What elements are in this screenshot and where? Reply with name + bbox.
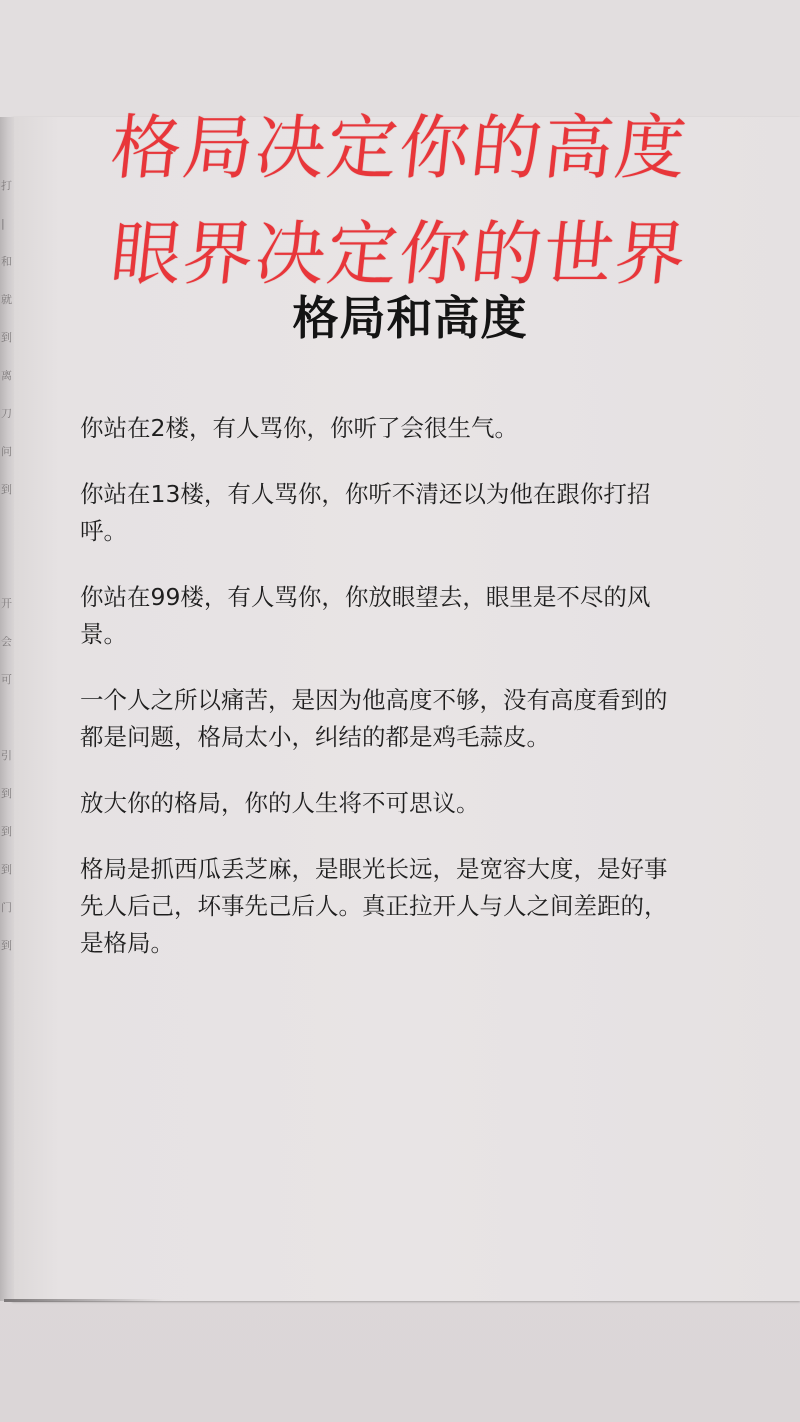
page-bottom-shadow <box>4 1299 164 1302</box>
bleed-char: 到 <box>1 940 13 978</box>
bleed-char: 到 <box>1 484 13 522</box>
paragraph: 你站在13楼，有人骂你，你听不清还以为他在跟你打招呼。 <box>80 476 670 550</box>
bleed-char: 到 <box>1 826 13 864</box>
paragraph: 一个人之所以痛苦，是因为他高度不够，没有高度看到的都是问题，格局太小，纠结的都是… <box>80 682 670 756</box>
paragraph: 放大你的格局，你的人生将不可思议。 <box>80 785 670 822</box>
bleed-char: 到 <box>1 864 13 902</box>
article-body: 你站在2楼，有人骂你，你听了会很生气。 你站在13楼，有人骂你，你听不清还以为他… <box>80 410 670 991</box>
bleed-char: 问 <box>1 446 13 484</box>
paragraph: 你站在2楼，有人骂你，你听了会很生气。 <box>80 410 670 447</box>
photo-scene: 打 | 和 就 到 离 刀 问 到 开 会 可 引 到 到 到 门 到 格局和高… <box>0 0 800 1422</box>
background-surface <box>0 0 800 117</box>
bleed-char: 离 <box>1 370 13 408</box>
bleed-char: 开 <box>1 598 13 636</box>
article-title: 格局和高度 <box>0 282 800 348</box>
bleed-char: 到 <box>1 788 13 826</box>
bleed-char: | <box>1 218 13 256</box>
bleed-char: 可 <box>1 674 13 712</box>
bleed-char: 打 <box>1 180 13 218</box>
bleed-char: 门 <box>1 902 13 940</box>
bleed-char <box>1 712 13 750</box>
bleed-char: 引 <box>1 750 13 788</box>
bleed-char: 会 <box>1 636 13 674</box>
bleed-char <box>1 522 13 560</box>
paragraph: 格局是抓西瓜丢芝麻，是眼光长远，是宽容大度，是好事先人后己，坏事先己后人。真正拉… <box>80 851 670 962</box>
paragraph: 你站在99楼，有人骂你，你放眼望去，眼里是不尽的风景。 <box>80 579 670 653</box>
bleed-char <box>1 560 13 598</box>
bleed-char: 刀 <box>1 408 13 446</box>
